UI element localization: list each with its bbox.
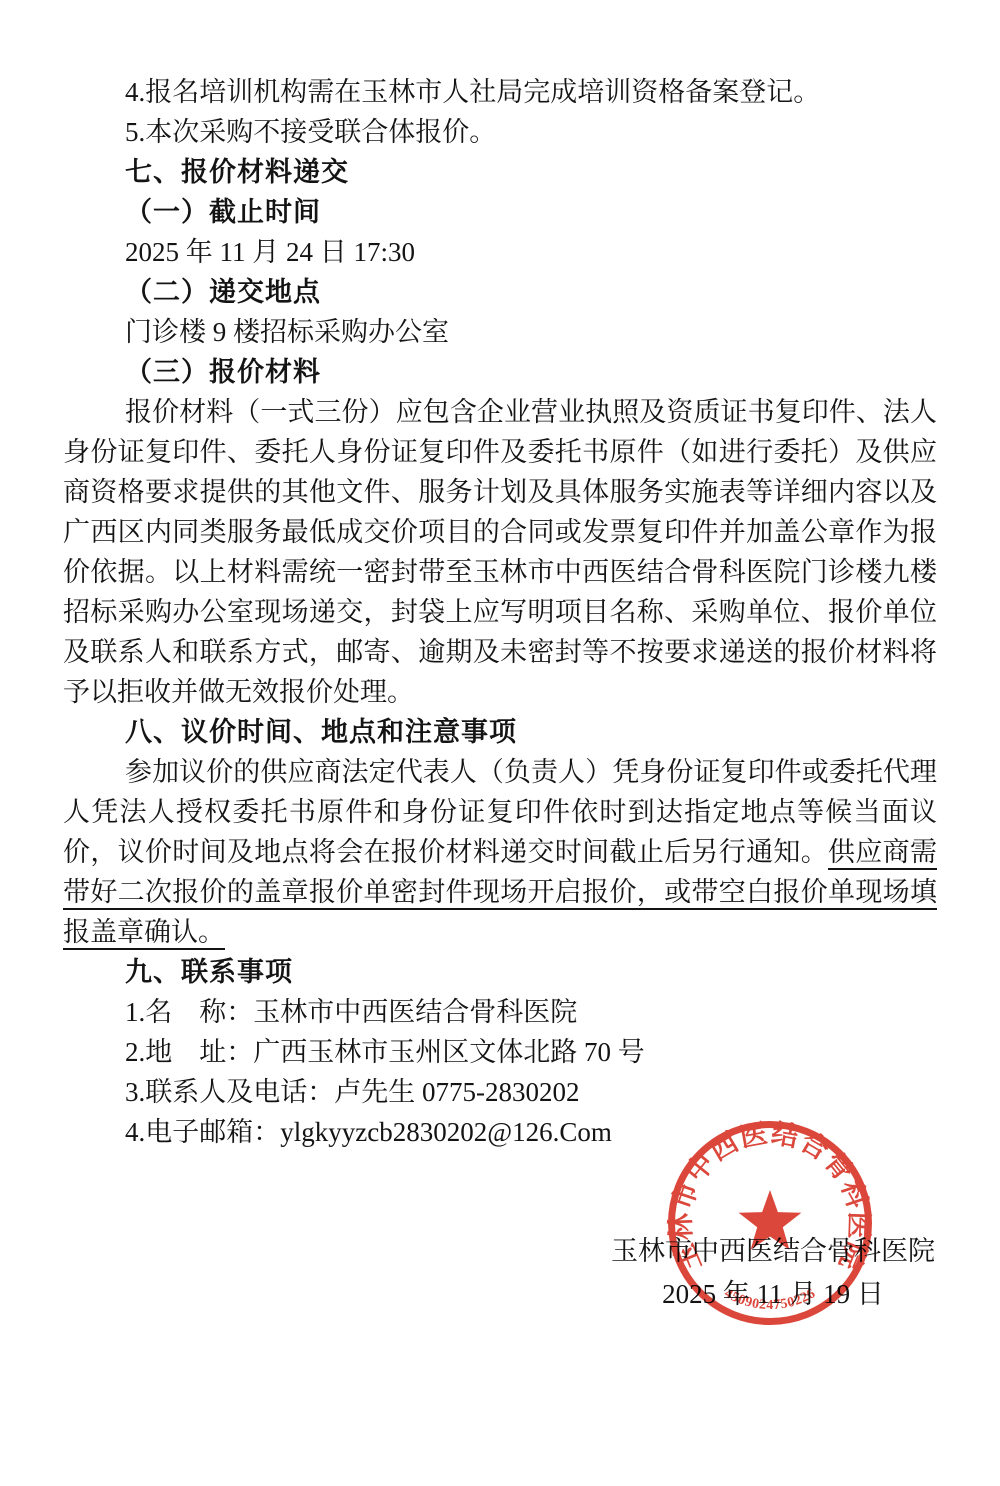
contact-person-phone: 3.联系人及电话：卢先生 0775-2830202 — [63, 1072, 937, 1112]
contact-address: 2.地 址：广西玉林市玉州区文体北路 70 号 — [63, 1032, 937, 1072]
prior-list-item-4: 4.报名培训机构需在玉林市人社局完成培训资格备案登记。 — [63, 72, 937, 112]
signature-date: 2025 年 11 月 19 日 — [611, 1273, 935, 1316]
section-seven-sub-two-heading: （二）递交地点 — [63, 272, 937, 312]
contact-name: 1.名 称：玉林市中西医结合骨科医院 — [63, 992, 937, 1032]
deadline-value: 2025 年 11 月 24 日 17:30 — [63, 232, 937, 272]
section-seven-sub-three-heading: （三）报价材料 — [63, 352, 937, 392]
section-seven-sub-one-heading: （一）截止时间 — [63, 192, 937, 232]
signature-block: 玉林市中西医结合骨科医院 2025 年 11 月 19 日 — [611, 1230, 935, 1316]
section-eight-heading: 八、议价时间、地点和注意事项 — [63, 712, 937, 752]
negotiation-paragraph-normal: 参加议价的供应商法定代表人（负责人）凭身份证复印件或委托代理人凭法人授权委托书原… — [63, 757, 937, 867]
contact-email: 4.电子邮箱：ylgkyyzcb2830202@126.Com — [63, 1112, 937, 1152]
section-seven-heading: 七、报价材料递交 — [63, 152, 937, 192]
signature-organization: 玉林市中西医结合骨科医院 — [611, 1230, 935, 1273]
section-nine-heading: 九、联系事项 — [63, 952, 937, 992]
submission-location: 门诊楼 9 楼招标采购办公室 — [63, 312, 937, 352]
document-page: 4.报名培训机构需在玉林市人社局完成培训资格备案登记。 5.本次采购不接受联合体… — [0, 0, 1000, 1486]
materials-paragraph: 报价材料（一式三份）应包含企业营业执照及资质证书复印件、法人身份证复印件、委托人… — [63, 392, 937, 712]
negotiation-paragraph: 参加议价的供应商法定代表人（负责人）凭身份证复印件或委托代理人凭法人授权委托书原… — [63, 752, 937, 952]
prior-list-item-5: 5.本次采购不接受联合体报价。 — [63, 112, 937, 152]
